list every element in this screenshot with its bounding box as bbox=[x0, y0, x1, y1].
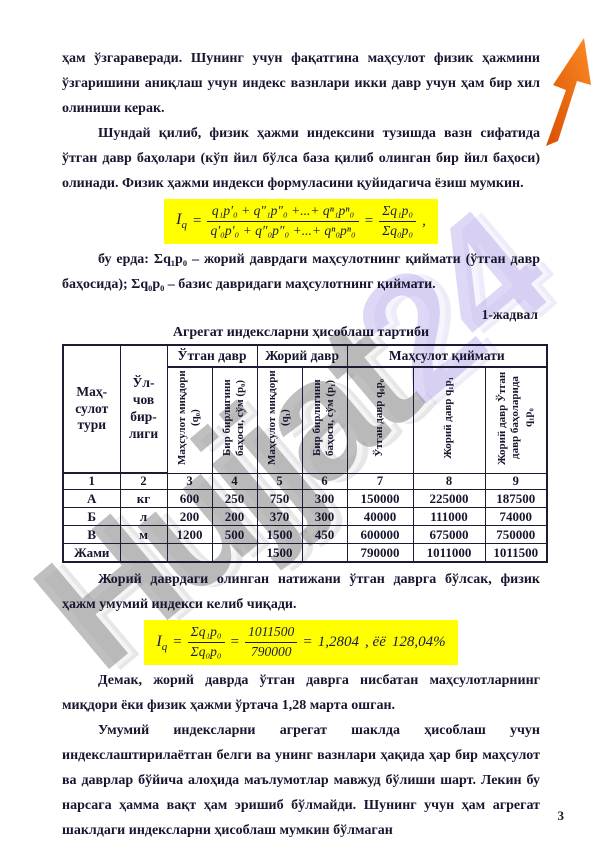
page-number: 3 bbox=[558, 808, 565, 824]
paragraph-6: Умумий индексларни агрегат шаклда ҳисобл… bbox=[62, 718, 540, 842]
table-cell: 150000 bbox=[347, 490, 413, 508]
table-cell: 300 bbox=[302, 508, 347, 526]
equals-sign: = bbox=[193, 213, 201, 230]
equals-sign: = bbox=[173, 634, 181, 651]
col-number: 2 bbox=[120, 473, 167, 490]
table-cell: 1500 bbox=[257, 526, 302, 544]
table-cell: 250 bbox=[212, 490, 257, 508]
table-cell: 111000 bbox=[413, 508, 485, 526]
table-row-product-a: А кг 600 250 750 300 150000 225000 18750… bbox=[63, 490, 547, 508]
table-cell: 450 bbox=[302, 526, 347, 544]
table-cell: 675000 bbox=[413, 526, 485, 544]
formula-2-value: 1,2804 bbox=[318, 634, 359, 651]
table-group-past-period: Ўтган давр bbox=[167, 345, 257, 367]
table-group-product-value: Маҳсулот қиймати bbox=[347, 345, 547, 367]
col-number: 9 bbox=[485, 473, 547, 490]
table-cell: Жами bbox=[63, 544, 120, 563]
table-cell: м bbox=[120, 526, 167, 544]
formula-2-number-fraction: 1011500 790000 bbox=[245, 624, 297, 661]
formula-1-comma: , bbox=[422, 213, 426, 230]
table-header-product-type: Маҳ-сулот тури bbox=[63, 345, 120, 474]
table-cell: 200 bbox=[167, 508, 212, 526]
formula-2-lhs: Iq bbox=[156, 633, 167, 653]
col-number: 5 bbox=[257, 473, 302, 490]
table-cell bbox=[302, 544, 347, 563]
table-cell: л bbox=[120, 508, 167, 526]
formula-1-lhs: Iq bbox=[176, 211, 187, 231]
aggregate-index-table: Маҳ-сулот тури Ўл-чов бир-лиги Ўтган дав… bbox=[62, 344, 548, 564]
table-cell: 600000 bbox=[347, 526, 413, 544]
table-cell: Б bbox=[63, 508, 120, 526]
table-row-total: Жами 1500 790000 1011000 1011500 bbox=[63, 544, 547, 563]
table-group-header-row: Маҳ-сулот тури Ўл-чов бир-лиги Ўтган дав… bbox=[63, 345, 547, 367]
table-cell: 74000 bbox=[485, 508, 547, 526]
table-cell: 40000 bbox=[347, 508, 413, 526]
table-header-p1: Бир бирлигини баҳоси, сўм (p₁) bbox=[302, 367, 347, 474]
formula-1-highlighted: Iq = q₁p′₀ + q″₁p″₀ +...+ qⁿ₁pⁿ₀ q′₀p′₀ … bbox=[164, 199, 438, 244]
table-cell: 500 bbox=[212, 526, 257, 544]
formula-2-or-word: , ёё bbox=[365, 634, 386, 651]
col-number: 7 bbox=[347, 473, 413, 490]
document-content: ҳам ўзгараверади. Шунинг учун фақатгина … bbox=[0, 0, 596, 842]
col-number: 3 bbox=[167, 473, 212, 490]
table-header-q0p0: Ўтган давр q₀p₀ bbox=[347, 367, 413, 474]
table-header-q1p0: Жорий давр Ўтган давр баҳоларида q₁p₀ bbox=[485, 367, 547, 474]
table-cell: 1200 bbox=[167, 526, 212, 544]
col-number: 1 bbox=[63, 473, 120, 490]
table-cell: 300 bbox=[302, 490, 347, 508]
table-column-number-row: 1 2 3 4 5 6 7 8 9 bbox=[63, 473, 547, 490]
paragraph-4: Жорий даврдаги олинган натижани ўтган да… bbox=[62, 567, 540, 617]
table-cell: А bbox=[63, 490, 120, 508]
table-row-product-v: В м 1200 500 1500 450 600000 675000 7500… bbox=[63, 526, 547, 544]
paragraph-3: бу ерда: Σq₁p₀ – жорий даврдаги маҳсулот… bbox=[62, 247, 540, 297]
paragraph-5: Демак, жорий даврда ўтган даврга нисбата… bbox=[62, 668, 540, 718]
table-cell: 1011500 bbox=[485, 544, 547, 563]
table-cell: 200 bbox=[212, 508, 257, 526]
table-cell: 187500 bbox=[485, 490, 547, 508]
table-title: Агрегат индексларни ҳисоблаш тартиби bbox=[62, 325, 540, 341]
col-number: 4 bbox=[212, 473, 257, 490]
table-group-current-period: Жорий давр bbox=[257, 345, 347, 367]
equals-sign: = bbox=[365, 213, 373, 230]
table-cell: 750000 bbox=[485, 526, 547, 544]
table-cell: 1500 bbox=[257, 544, 302, 563]
table-header-q1p1: Жорий давр q₁p₁ bbox=[413, 367, 485, 474]
formula-index-calculation: Iq = Σq₁p₀ Σq₀p₀ = 1011500 790000 = 1,28… bbox=[62, 620, 540, 665]
formula-2-highlighted: Iq = Σq₁p₀ Σq₀p₀ = 1011500 790000 = 1,28… bbox=[144, 620, 457, 665]
formula-1-main-fraction: q₁p′₀ + q″₁p″₀ +...+ qⁿ₁pⁿ₀ q′₀p′₀ + q″₀… bbox=[207, 203, 358, 240]
formula-2-sigma-fraction: Σq₁p₀ Σq₀p₀ bbox=[188, 624, 225, 661]
table-row-product-b: Б л 200 200 370 300 40000 111000 74000 bbox=[63, 508, 547, 526]
paragraph-2: Шундай қилиб, физик ҳажми индексини тузи… bbox=[62, 121, 540, 196]
col-number: 6 bbox=[302, 473, 347, 490]
formula-physical-volume-index: Iq = q₁p′₀ + q″₁p″₀ +...+ qⁿ₁pⁿ₀ q′₀p′₀ … bbox=[62, 199, 540, 244]
table-header-unit: Ўл-чов бир-лиги bbox=[120, 345, 167, 474]
paragraph-1: ҳам ўзгараверади. Шунинг учун фақатгина … bbox=[62, 46, 540, 121]
table-cell: 1011000 bbox=[413, 544, 485, 563]
table-cell: 225000 bbox=[413, 490, 485, 508]
table-header-q1: Маҳсулот миқдори (q₁) bbox=[257, 367, 302, 474]
table-cell: 790000 bbox=[347, 544, 413, 563]
table-cell: 370 bbox=[257, 508, 302, 526]
formula-1-sigma-fraction: Σq₁p₀ Σq₀p₀ bbox=[379, 203, 416, 240]
col-number: 8 bbox=[413, 473, 485, 490]
table-cell bbox=[167, 544, 212, 563]
table-cell: кг bbox=[120, 490, 167, 508]
formula-2-percent: 128,04% bbox=[392, 634, 446, 651]
equals-sign: = bbox=[303, 634, 311, 651]
table-cell: 600 bbox=[167, 490, 212, 508]
table-cell bbox=[212, 544, 257, 563]
table-header-p0: Бир бирлигини баҳоси, сўм (p₀) bbox=[212, 367, 257, 474]
equals-sign: = bbox=[231, 634, 239, 651]
table-cell: 750 bbox=[257, 490, 302, 508]
table-cell bbox=[120, 544, 167, 563]
table-cell: В bbox=[63, 526, 120, 544]
document-page: Hujjat24 ҳам ўзгараверади. Шунинг учун ф… bbox=[0, 0, 596, 842]
table-header-q0: Маҳсулот миқдори (q₀) bbox=[167, 367, 212, 474]
table-label: 1-жадвал bbox=[62, 307, 538, 323]
